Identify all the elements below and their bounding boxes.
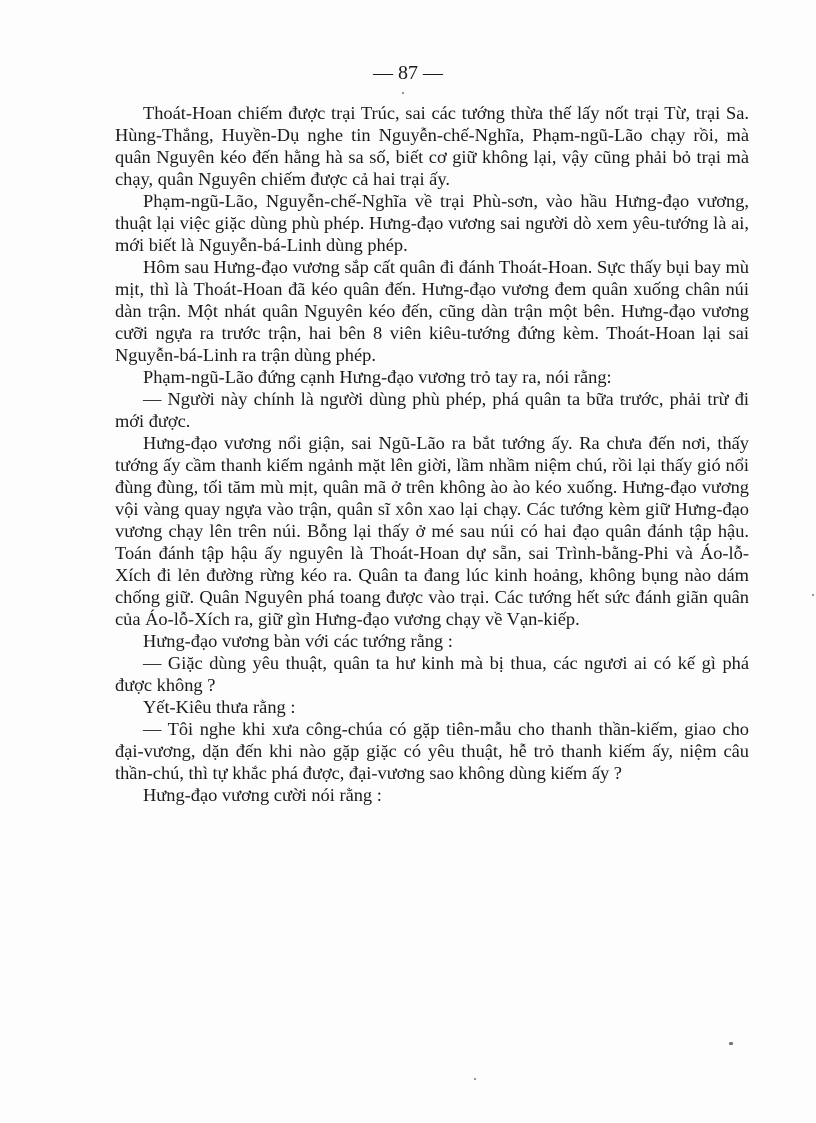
paragraph: Phạm-ngũ-Lão đứng cạnh Hưng-đạo vương tr… <box>115 366 749 388</box>
body-text: Thoát-Hoan chiếm được trại Trúc, sai các… <box>115 102 749 806</box>
paragraph: Hưng-đạo vương cười nói rằng : <box>115 784 749 806</box>
paragraph: Yết-Kiêu thưa rằng : <box>115 696 749 718</box>
paragraph: Hôm sau Hưng-đạo vương sắp cất quân đi đ… <box>115 256 749 366</box>
dialogue-paragraph: — Giặc dùng yêu thuật, quân ta hư kinh m… <box>115 652 749 696</box>
scan-speck <box>402 92 404 94</box>
scan-speck <box>729 1042 733 1045</box>
scan-speck <box>474 1078 476 1080</box>
paragraph: Hưng-đạo vương nổi giận, sai Ngũ-Lão ra … <box>115 432 749 630</box>
dialogue-paragraph: — Tôi nghe khi xưa công-chúa có gặp tiên… <box>115 718 749 784</box>
paragraph: Thoát-Hoan chiếm được trại Trúc, sai các… <box>115 102 749 190</box>
scanned-book-page: — 87 — Thoát-Hoan chiếm được trại Trúc, … <box>0 0 816 1123</box>
scan-speck <box>812 594 814 596</box>
dialogue-paragraph: — Người này chính là người dùng phù phép… <box>115 388 749 432</box>
page-number: — 87 — <box>0 62 816 85</box>
paragraph: Phạm-ngũ-Lão, Nguyễn-chế-Nghĩa về trại P… <box>115 190 749 256</box>
paragraph: Hưng-đạo vương bàn với các tướng rằng : <box>115 630 749 652</box>
